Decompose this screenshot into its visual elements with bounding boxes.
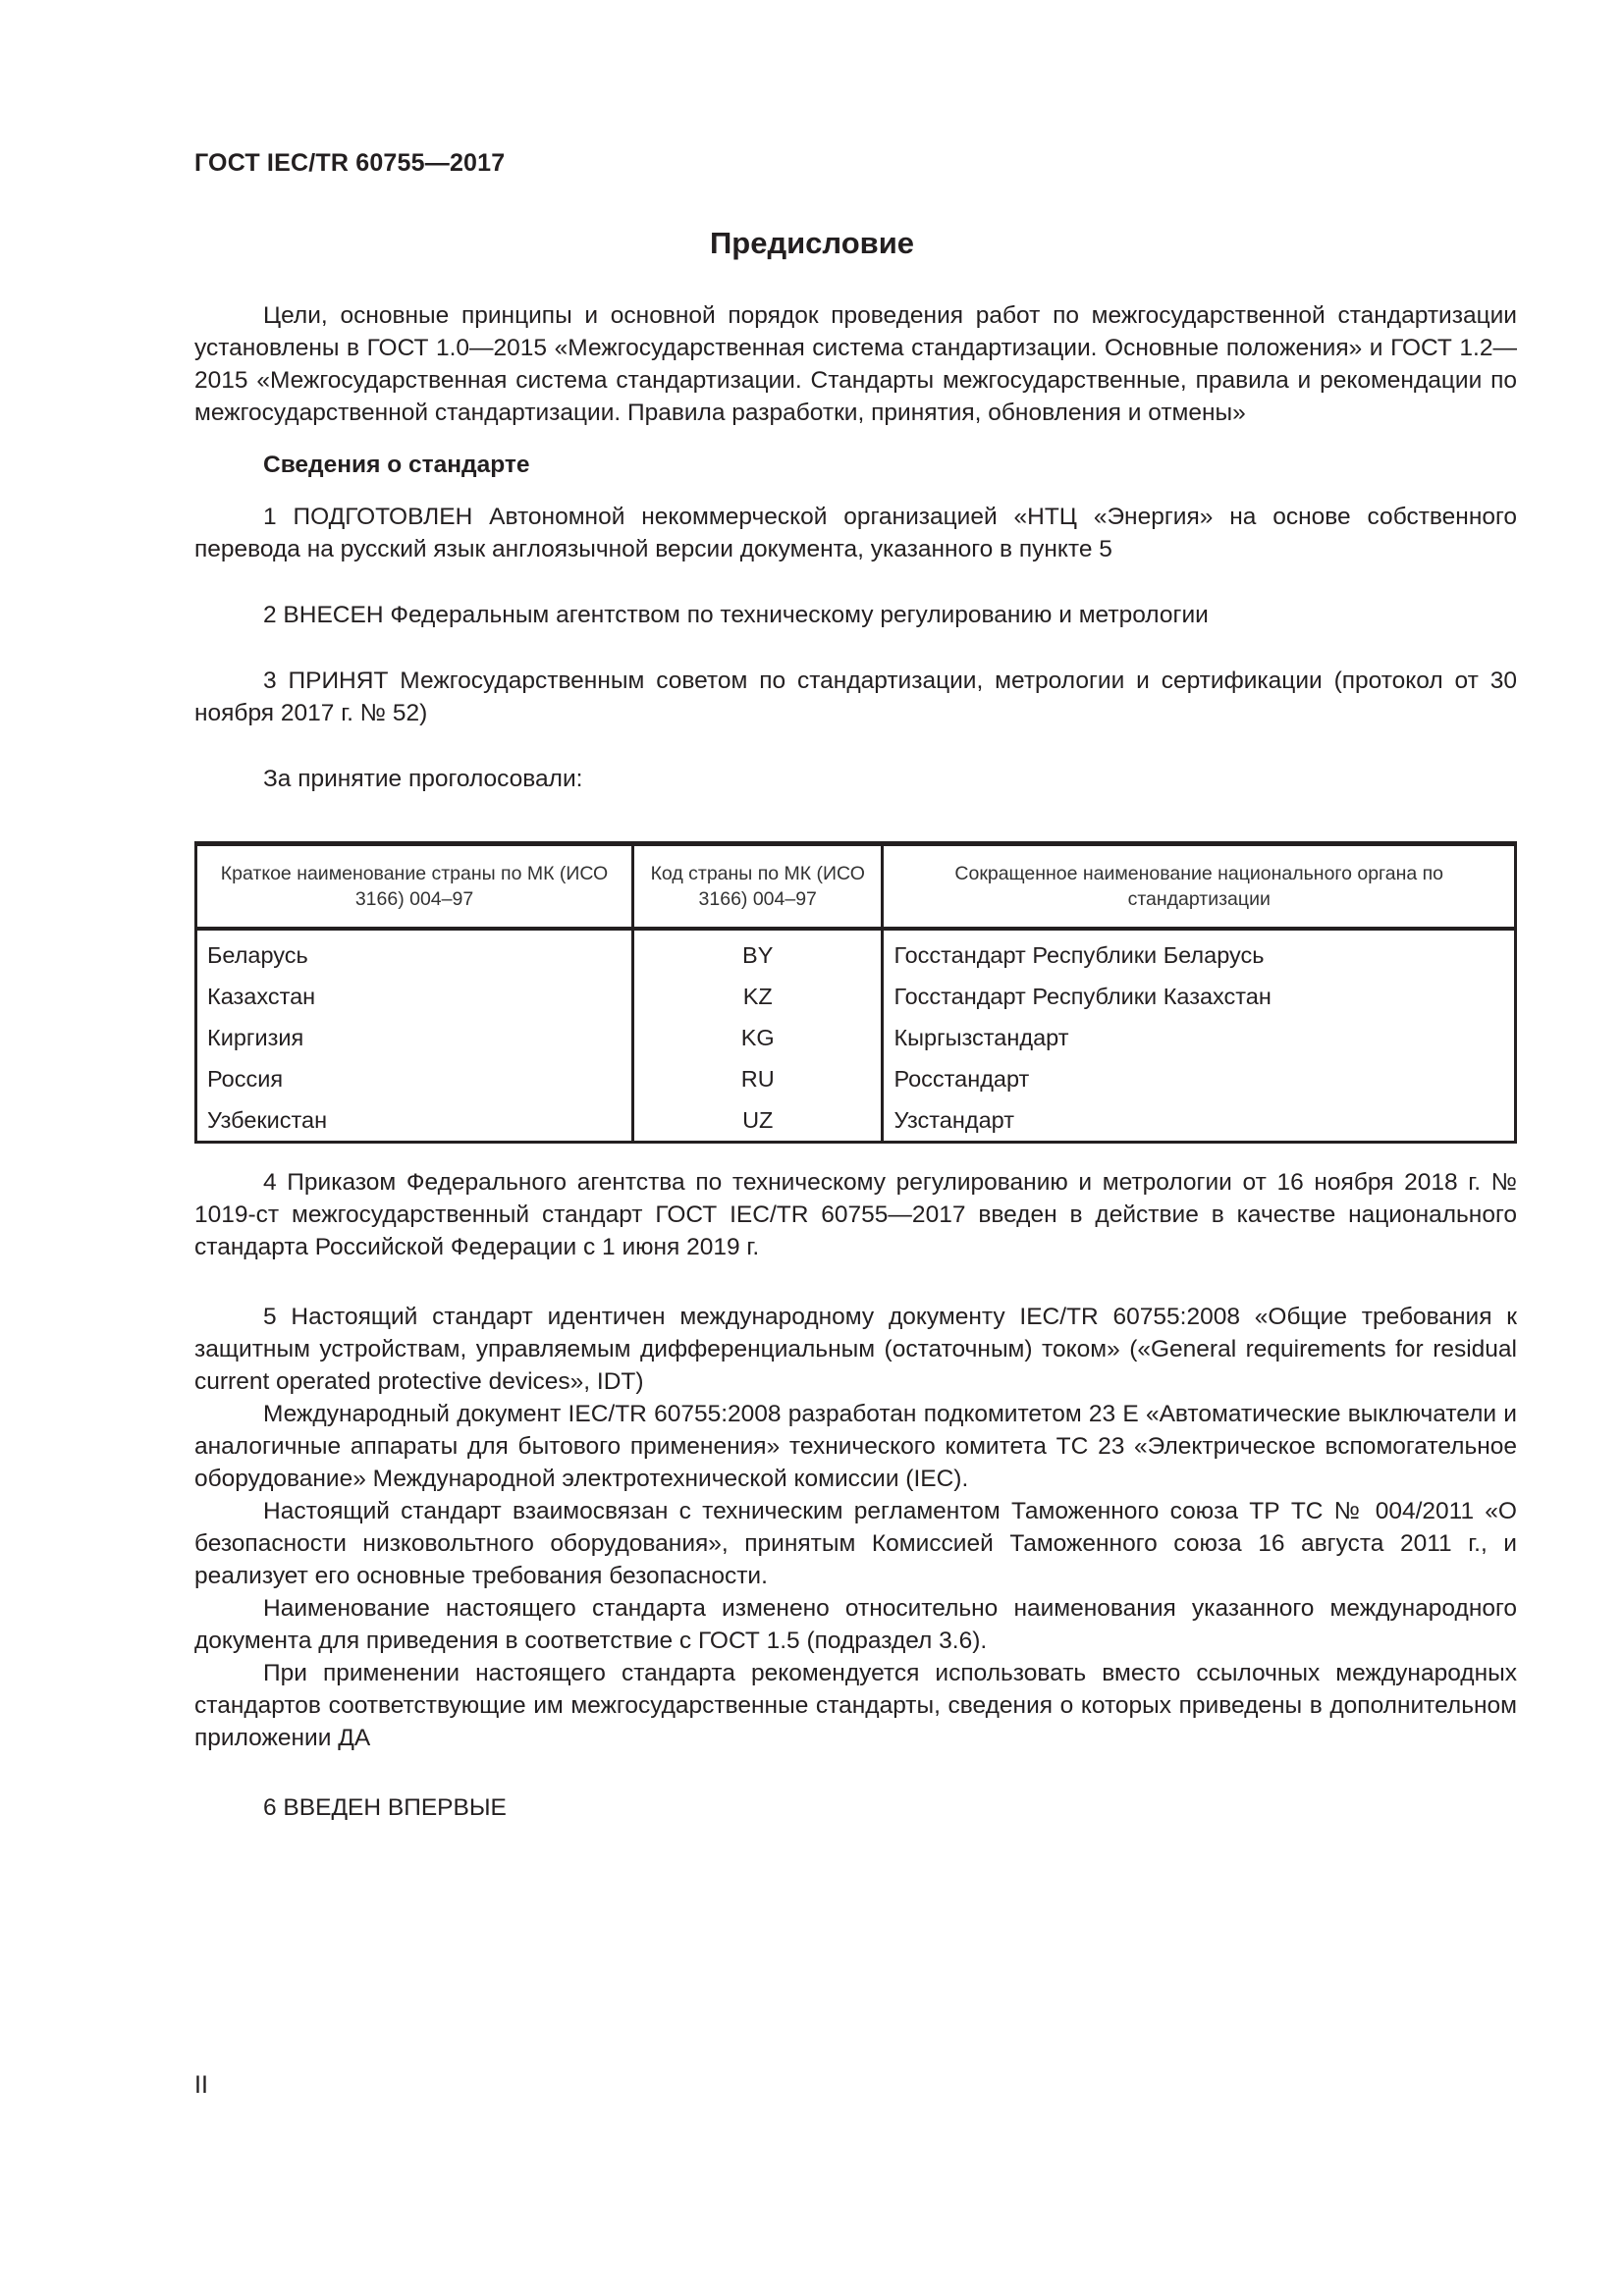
page-number: II <box>194 2071 208 2100</box>
item-5-iec-document: Международный документ IEC/TR 60755:2008… <box>194 1398 1517 1495</box>
table-row: Беларусь BY Госстандарт Республики Белар… <box>196 934 1516 976</box>
cell-code: KZ <box>633 976 883 1017</box>
item-3-adopted: 3 ПРИНЯТ Межгосударственным советом по с… <box>194 665 1517 729</box>
column-header-body: Сокращенное наименование национального о… <box>883 844 1516 930</box>
voting-countries-table: Краткое наименование страны по МК (ИСО 3… <box>194 841 1517 1144</box>
cell-country: Киргизия <box>196 1017 633 1058</box>
column-header-country: Краткое наименование страны по МК (ИСО 3… <box>196 844 633 930</box>
foreword-body-top: Цели, основные принципы и основной поряд… <box>194 299 1517 795</box>
item-5-customs-regulation: Настоящий стандарт взаимосвязан с технич… <box>194 1495 1517 1592</box>
cell-body: Узстандарт <box>883 1099 1516 1143</box>
table-row: Россия RU Росстандарт <box>196 1058 1516 1099</box>
cell-body: Росстандарт <box>883 1058 1516 1099</box>
item-5-name-change: Наименование настоящего стандарта измене… <box>194 1592 1517 1657</box>
cell-country: Россия <box>196 1058 633 1099</box>
item-1-prepared: 1 ПОДГОТОВЛЕН Автономной некоммерческой … <box>194 501 1517 565</box>
cell-code: KG <box>633 1017 883 1058</box>
section-heading: Сведения о стандарте <box>194 449 1517 481</box>
table-row: Казахстан KZ Госстандарт Республики Каза… <box>196 976 1516 1017</box>
table-header-row: Краткое наименование страны по МК (ИСО 3… <box>196 844 1516 930</box>
table-row: Узбекистан UZ Узстандарт <box>196 1099 1516 1143</box>
cell-country: Узбекистан <box>196 1099 633 1143</box>
cell-body: Госстандарт Республики Беларусь <box>883 934 1516 976</box>
item-4-order: 4 Приказом Федерального агентства по тех… <box>194 1166 1517 1263</box>
cell-body: Госстандарт Республики Казахстан <box>883 976 1516 1017</box>
page-title: Предисловие <box>0 226 1624 261</box>
cell-code: BY <box>633 934 883 976</box>
document-code: ГОСТ IEC/TR 60755—2017 <box>194 149 505 178</box>
votes-label: За принятие проголосовали: <box>194 763 1517 795</box>
cell-code: UZ <box>633 1099 883 1143</box>
intro-paragraph: Цели, основные принципы и основной поряд… <box>194 299 1517 429</box>
column-header-code: Код страны по МК (ИСО 3166) 004–97 <box>633 844 883 930</box>
document-page: ГОСТ IEC/TR 60755—2017 Предисловие Цели,… <box>0 0 1624 2296</box>
table-row: Киргизия KG Кыргызстандарт <box>196 1017 1516 1058</box>
cell-country: Казахстан <box>196 976 633 1017</box>
cell-code: RU <box>633 1058 883 1099</box>
item-5-references: При применении настоящего стандарта реко… <box>194 1657 1517 1754</box>
item-6-first-introduced: 6 ВВЕДЕН ВПЕРВЫЕ <box>194 1791 1517 1824</box>
item-2-introduced: 2 ВНЕСЕН Федеральным агентством по техни… <box>194 599 1517 631</box>
cell-country: Беларусь <box>196 934 633 976</box>
cell-body: Кыргызстандарт <box>883 1017 1516 1058</box>
foreword-body-bottom: 4 Приказом Федерального агентства по тех… <box>194 1166 1517 1824</box>
item-5-identical: 5 Настоящий стандарт идентичен междунаро… <box>194 1301 1517 1398</box>
